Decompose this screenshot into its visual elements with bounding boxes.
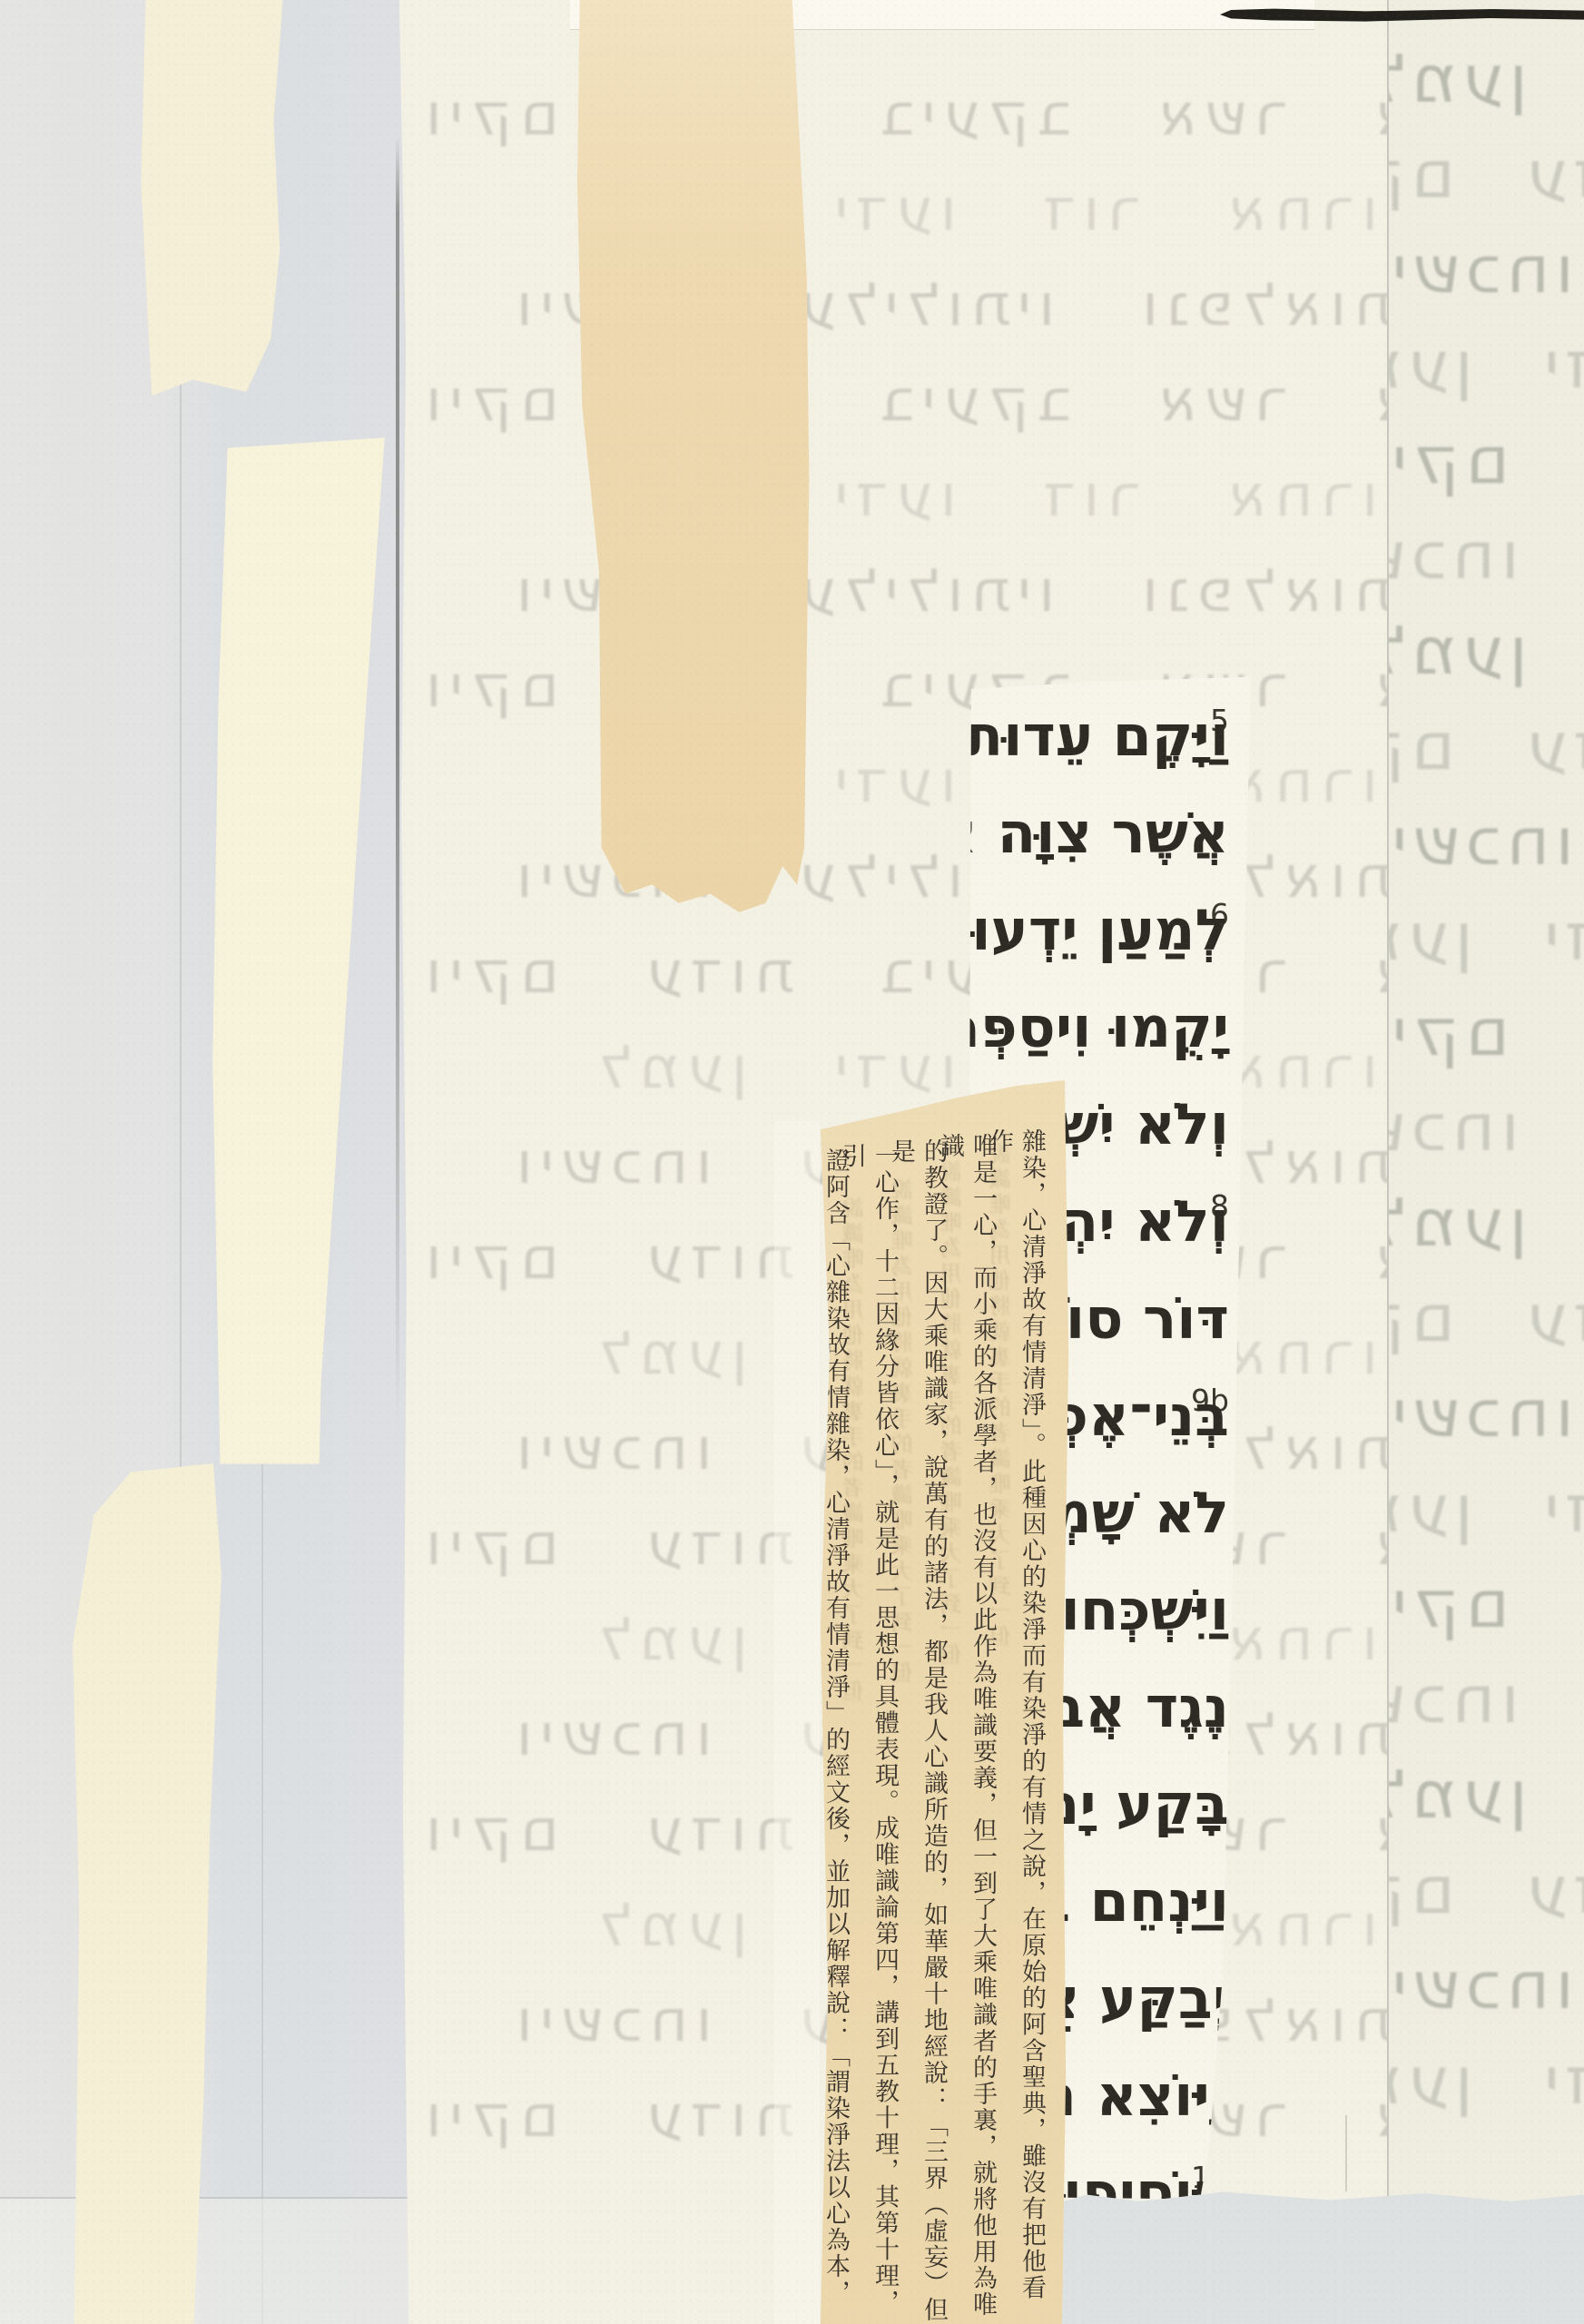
showthrough-row: ויקם עדות ביעקב אשר צוה xyxy=(1387,708,1579,784)
showthrough-row: וישכחו עלילותיו ונפלאותיו אשר xyxy=(1387,517,1579,594)
showthrough-row: וישכחו עלילותיו ונפלאותיו אשר xyxy=(390,272,1389,340)
chinese-column-2: 唯是一心，而小乘的各派學者，也沒有以此作為唯識要義，但一到了大乘唯識者的手裏，就… xyxy=(966,1133,999,2324)
showthrough-row: למען ידעו דור אחרון בנים xyxy=(1387,2043,1579,2119)
tan-strip-top xyxy=(570,0,812,921)
showthrough-row: ויקם עדות ביעקב אשר צוה xyxy=(390,368,1389,435)
chinese-column-4: 一心作，十二因緣分皆依心」，就是此一思想的具體表現。成唯識論第四，講到五教十理，… xyxy=(868,1143,900,2324)
showthrough-row: למען ידעו דור אחרון בנים xyxy=(390,463,1389,530)
paper-seam-bottom xyxy=(0,2197,410,2324)
collage-canvas: ויקם עדות ביעקב אשר צוה למען ידעו דור אח… xyxy=(0,0,1584,2324)
paper-seam xyxy=(1345,2115,1347,2191)
chinese-column-3: 的教證了。因大乘唯識家，說萬有的諸法，都是我人心識所造的，如華嚴十地經說：「三界… xyxy=(917,1138,949,2324)
showthrough-row: וישכחו עלילותיו ונפלאותיו אשר xyxy=(1387,231,1584,308)
showthrough-row: וישכחו עלילותיו ונפלאותיו אשר xyxy=(1387,803,1584,880)
showthrough-row: וישכחו עלילותיו ונפלאותיו אשר xyxy=(1387,1089,1579,1166)
showthrough-row: ויקם עדות ביעקב אשר צוה xyxy=(1387,1280,1579,1356)
showthrough-row: ויקם עדות ביעקב אשר צוה xyxy=(1387,1566,1584,1642)
chinese-text-fragment: 說識唯為用他將就裏手的者識唯乘大了到一但 說識唯為用他將就裏手的者識唯乘大了到一… xyxy=(817,1078,1071,2324)
showthrough-row: למען ידעו דור אחרון בנים xyxy=(1387,1471,1579,1547)
showthrough-row: למען ידעו דור אחרון בנים xyxy=(1387,41,1584,117)
showthrough-row: ויקם עדות ביעקב אשר צוה xyxy=(1387,422,1584,498)
showthrough-row: למען ידעו דור אחרון בנים xyxy=(390,177,1389,244)
showthrough-row: ויקם עדות ביעקב אשר צוה xyxy=(1387,994,1584,1070)
showthrough-row: למען ידעו דור אחרון בנים xyxy=(1387,899,1579,975)
showthrough-row: וישכחו עלילותיו ונפלאותיו אשר xyxy=(390,558,1389,625)
showthrough-row: למען ידעו דור אחרון בנים xyxy=(1387,327,1579,403)
showthrough-row: למען ידעו דור אחרון בנים xyxy=(1387,1185,1584,1261)
right-paper-strip: למען ידעו דור אחרון בנים ויקם עדות ביעקב… xyxy=(1387,0,1584,2324)
showthrough-row: למען ידעו דור אחרון בנים xyxy=(1387,1757,1584,1833)
chinese-column-1: 雜染，心清淨故有情清淨」。此種因心的染淨而有染淨的有情之說，在原始的阿含聖典，雖… xyxy=(1015,1128,1048,2324)
gray-paper-bottom-right xyxy=(1055,2188,1584,2324)
showthrough-row: וישכחו עלילותיו ונפלאותיו אשר xyxy=(1387,1947,1584,2024)
showthrough-row: למען ידעו דור אחרון בנים xyxy=(1387,613,1584,689)
showthrough-row: ויקם עדות ביעקב אשר צוה xyxy=(390,82,1389,149)
cream-strip-top-left xyxy=(138,0,290,404)
showthrough-row: ויקם עדות ביעקב אשר צוה xyxy=(1387,1852,1579,1928)
paper-seam xyxy=(261,1398,263,2324)
pale-paper-band xyxy=(774,1121,820,2324)
torn-edge-shadow-line xyxy=(396,136,399,1425)
showthrough-row: וישכחו עלילותיו ונפלאותיו אשר xyxy=(1387,1375,1584,1452)
showthrough-row: וישכחו עלילותיו ונפלאותיו אשר xyxy=(1387,1661,1579,1738)
showthrough-row: ויקם עדות ביעקב אשר צוה xyxy=(1387,136,1579,212)
